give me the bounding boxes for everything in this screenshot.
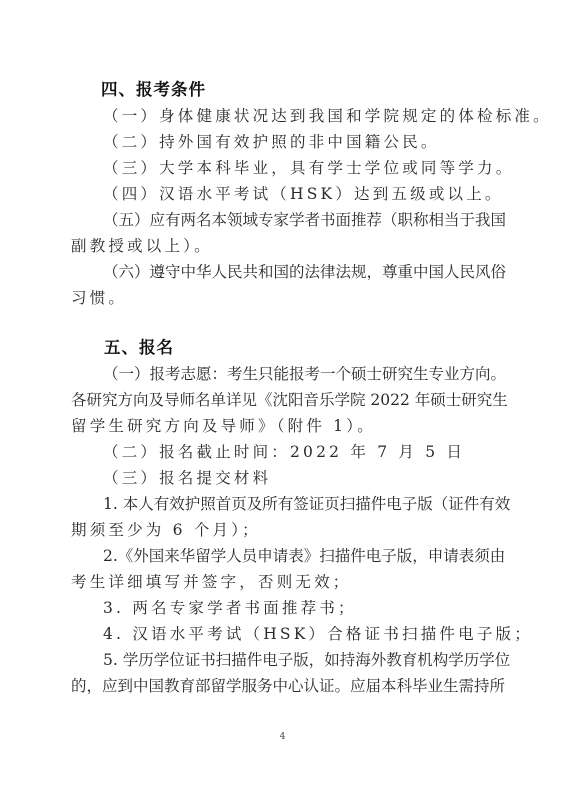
paragraph-line: 习惯。 xyxy=(71,288,493,308)
paragraph-line: （五）应有两名本领域专家学者书面推荐（职称相当于我国 xyxy=(103,210,493,230)
paragraph-line: 2.《外国来华留学人员申请表》扫描件电子版，申请表须由 xyxy=(103,546,493,566)
paragraph-line: 考生详细填写并签字，否则无效； xyxy=(71,572,493,592)
page-number: 4 xyxy=(0,732,565,742)
paragraph-line: （一）身体健康状况达到我国和学院规定的体检标准。 xyxy=(103,106,493,126)
document-page: 四、报考条件 （一）身体健康状况达到我国和学院规定的体检标准。 （二）持外国有效… xyxy=(0,0,565,800)
paragraph-line: （一）报考志愿：考生只能报考一个硕士研究生专业方向。 xyxy=(103,364,493,384)
section-heading-conditions: 四、报考条件 xyxy=(101,80,523,100)
paragraph-line: （二）报名截止时间：2022 年 7 月 5 日 xyxy=(103,442,493,462)
paragraph-line: 期须至少为 6 个月）； xyxy=(71,520,493,540)
paragraph-line: 3. 两名专家学者书面推荐书； xyxy=(103,598,493,618)
section-heading-registration: 五、报名 xyxy=(104,338,526,358)
paragraph-line: 4. 汉语水平考试（HSK）合格证书扫描件电子版； xyxy=(103,624,493,644)
paragraph-line: 5. 学历学位证书扫描件电子版，如持海外教育机构学历学位 xyxy=(103,650,493,670)
paragraph-line: （三）报名提交材料 xyxy=(103,468,493,488)
paragraph-line: 副教授或以上）。 xyxy=(71,236,493,256)
paragraph-line: （四）汉语水平考试（HSK）达到五级或以上。 xyxy=(103,184,493,204)
paragraph-line: 留学生研究方向及导师》（附件 1）。 xyxy=(71,416,493,436)
paragraph-line: （六）遵守中华人民共和国的法律法规，尊重中国人民风俗 xyxy=(103,262,493,282)
paragraph-line: 各研究方向及导师名单详见《沈阳音乐学院 2022 年硕士研究生 xyxy=(71,390,493,410)
paragraph-line: 的，应到中国教育部留学服务中心认证。应届本科毕业生需持所 xyxy=(71,676,493,696)
paragraph-line: （二）持外国有效护照的非中国籍公民。 xyxy=(103,132,493,152)
paragraph-line: 1. 本人有效护照首页及所有签证页扫描件电子版（证件有效 xyxy=(103,494,493,514)
paragraph-line: （三）大学本科毕业，具有学士学位或同等学力。 xyxy=(103,158,493,178)
